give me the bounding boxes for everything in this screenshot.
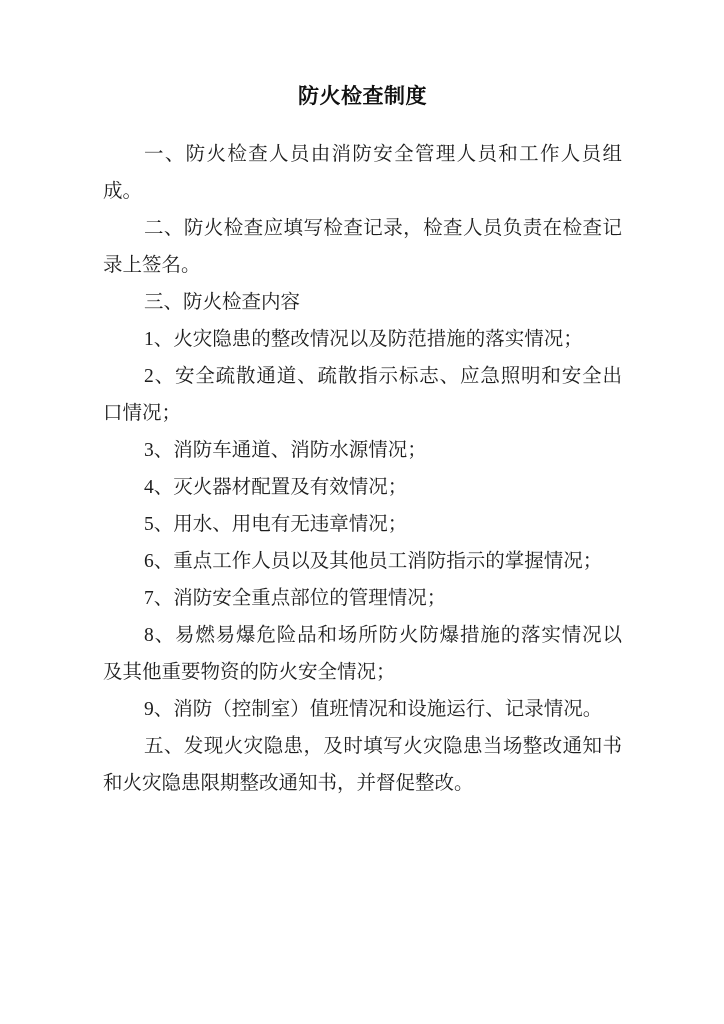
document-content: 防火检查制度 一、防火检查人员由消防安全管理人员和工作人员组 成。 二、防火检查… bbox=[103, 82, 622, 802]
document-line: 9、消防（控制室）值班情况和设施运行、记录情况。 bbox=[103, 691, 622, 728]
document-line: 录上签名。 bbox=[103, 247, 622, 284]
document-line: 7、消防安全重点部位的管理情况； bbox=[103, 580, 622, 617]
document-page: 防火检查制度 一、防火检查人员由消防安全管理人员和工作人员组 成。 二、防火检查… bbox=[0, 0, 724, 1024]
document-line: 一、防火检查人员由消防安全管理人员和工作人员组 bbox=[103, 136, 622, 173]
document-line: 6、重点工作人员以及其他员工消防指示的掌握情况； bbox=[103, 543, 622, 580]
document-line: 和火灾隐患限期整改通知书，并督促整改。 bbox=[103, 765, 622, 802]
document-line: 二、防火检查应填写检查记录，检查人员负责在检查记 bbox=[103, 210, 622, 247]
document-line: 4、灭火器材配置及有效情况； bbox=[103, 469, 622, 506]
document-line: 三、防火检查内容 bbox=[103, 284, 622, 321]
document-line: 五、发现火灾隐患，及时填写火灾隐患当场整改通知书 bbox=[103, 728, 622, 765]
document-line: 8、易燃易爆危险品和场所防火防爆措施的落实情况以 bbox=[103, 617, 622, 654]
document-line: 口情况； bbox=[103, 395, 622, 432]
document-line: 1、火灾隐患的整改情况以及防范措施的落实情况； bbox=[103, 321, 622, 358]
document-line: 及其他重要物资的防火安全情况； bbox=[103, 654, 622, 691]
document-line: 成。 bbox=[103, 173, 622, 210]
document-line: 3、消防车通道、消防水源情况； bbox=[103, 432, 622, 469]
document-line: 5、用水、用电有无违章情况； bbox=[103, 506, 622, 543]
document-title: 防火检查制度 bbox=[103, 82, 622, 112]
document-line: 2、安全疏散通道、疏散指示标志、应急照明和安全出 bbox=[103, 358, 622, 395]
